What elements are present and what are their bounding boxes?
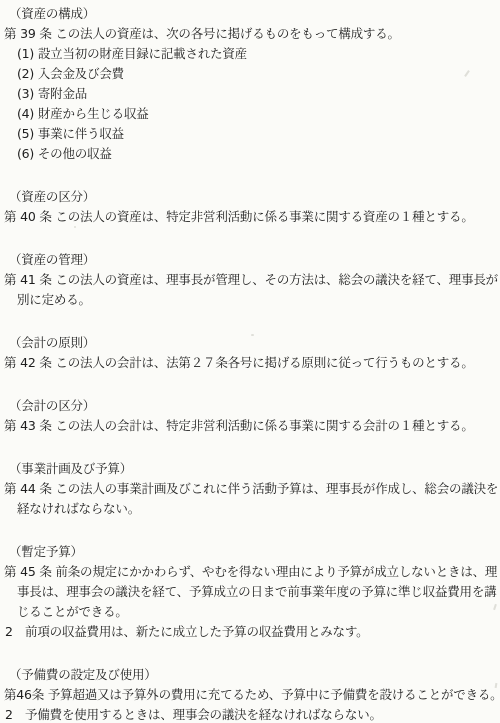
article-44-line: 第 44 条 この法人の事業計画及びこれに伴う活動予算は、理事長が作成し、総会の… xyxy=(4,479,498,499)
article-39-line: 第 39 条 この法人の資産は、次の各号に掲げるものをもって構成する。 xyxy=(4,24,498,44)
list-item-6: (6) その他の収益 xyxy=(4,144,498,164)
article-45-paragraph-2: 2 前項の収益費用は、新たに成立した予算の収益費用とみなす。 xyxy=(4,622,498,642)
section-reserve-fund: （予備費の設定及び使用） 第46条 予算超過又は予算外の費用に充てるため、予算中… xyxy=(4,665,498,723)
article-42-line: 第 42 条 この法人の会計は、法第２７条各号に掲げる原則に従って行うものとする… xyxy=(4,353,498,373)
article-46-paragraph-2: 2 予備費を使用するときは、理事会の議決を経なければならない。 xyxy=(4,705,498,723)
section-assets-management: （資産の管理） 第 41 条 この法人の資産は、理事長が管理し、その方法は、総会… xyxy=(4,250,498,310)
section-assets-composition: （資産の構成） 第 39 条 この法人の資産は、次の各号に掲げるものをもって構成… xyxy=(4,4,498,164)
section-heading: （資産の管理） xyxy=(4,250,498,270)
section-provisional-budget: （暫定予算） 第 45 条 前条の規定にかかわらず、やむを得ない理由により予算が… xyxy=(4,542,498,642)
list-item-5: (5) 事業に伴う収益 xyxy=(4,124,498,144)
section-heading: （会計の原則） xyxy=(4,333,498,353)
section-heading: （資産の構成） xyxy=(4,4,498,24)
article-41-line: 第 41 条 この法人の資産は、理事長が管理し、その方法は、総会の議決を経て、理… xyxy=(4,270,498,290)
document-page: （資産の構成） 第 39 条 この法人の資産は、次の各号に掲げるものをもって構成… xyxy=(0,0,500,723)
article-45-line: 事長は、理事会の議決を経て、予算成立の日まで前事業年度の予算に準じ収益費用を講 xyxy=(4,582,498,602)
list-item-1: (1) 設立当初の財産目録に記載された資産 xyxy=(4,44,498,64)
article-40-line: 第 40 条 この法人の資産は、特定非営利活動に係る事業に関する資産の１種とする… xyxy=(4,207,498,227)
article-41-line: 別に定める。 xyxy=(4,290,498,310)
section-accounting-classification: （会計の区分） 第 43 条 この法人の会計は、特定非営利活動に係る事業に関する… xyxy=(4,396,498,436)
list-item-4: (4) 財産から生じる収益 xyxy=(4,104,498,124)
article-44-line: 経なければならない。 xyxy=(4,499,498,519)
section-assets-classification: （資産の区分） 第 40 条 この法人の資産は、特定非営利活動に係る事業に関する… xyxy=(4,187,498,227)
section-accounting-principles: （会計の原則） 第 42 条 この法人の会計は、法第２７条各号に掲げる原則に従っ… xyxy=(4,333,498,373)
article-43-line: 第 43 条 この法人の会計は、特定非営利活動に係る事業に関する会計の１種とする… xyxy=(4,416,498,436)
section-heading: （資産の区分） xyxy=(4,187,498,207)
article-45-line: 第 45 条 前条の規定にかかわらず、やむを得ない理由により予算が成立しないとき… xyxy=(4,562,498,582)
article-46-line: 第46条 予算超過又は予算外の費用に充てるため、予算中に予備費を設けることができ… xyxy=(4,685,498,705)
article-45-line: じることができる。 xyxy=(4,602,498,622)
section-heading: （会計の区分） xyxy=(4,396,498,416)
list-item-2: (2) 入会金及び会費 xyxy=(4,64,498,84)
list-item-3: (3) 寄附金品 xyxy=(4,84,498,104)
section-heading: （暫定予算） xyxy=(4,542,498,562)
section-heading: （予備費の設定及び使用） xyxy=(4,665,498,685)
section-heading: （事業計画及び予算） xyxy=(4,459,498,479)
section-business-plan-and-budget: （事業計画及び予算） 第 44 条 この法人の事業計画及びこれに伴う活動予算は、… xyxy=(4,459,498,519)
